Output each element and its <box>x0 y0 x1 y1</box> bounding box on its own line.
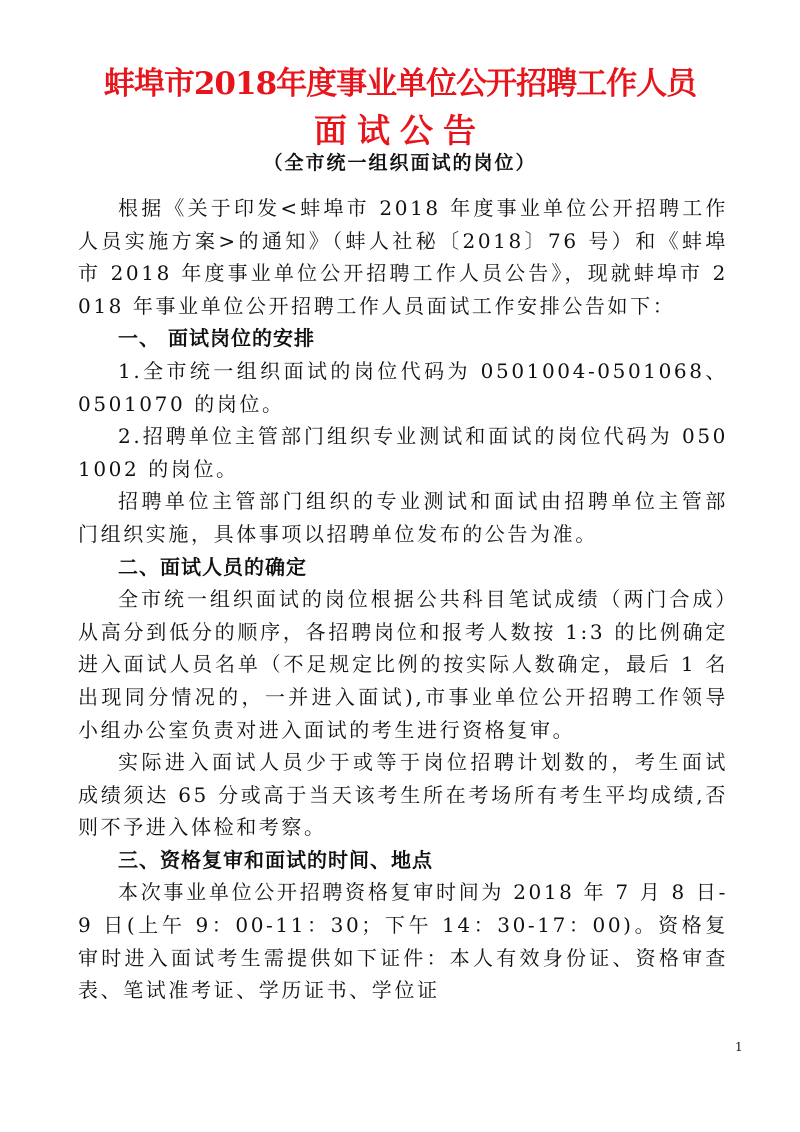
page-number: 1 <box>735 1040 743 1054</box>
document-title-line2: 面试公告 <box>0 105 800 152</box>
document-title: 蚌埠市2018年度事业单位公开招聘工作人员 <box>0 58 800 103</box>
document-subtitle: （全市统一组织面试的岗位） <box>0 148 800 175</box>
intro-paragraph: 根据《关于印发<蚌埠市 2018 年度事业单位公开招聘工作人员实施方案>的通知》… <box>78 192 728 322</box>
document-body: 根据《关于印发<蚌埠市 2018 年度事业单位公开招聘工作人员实施方案>的通知》… <box>78 192 728 1007</box>
paragraph: 1.全市统一组织面试的岗位代码为 0501004-0501068、0501070… <box>78 355 728 420</box>
paragraph: 实际进入面试人员少于或等于岗位招聘计划数的，考生面试成绩须达 65 分或高于当天… <box>78 746 728 844</box>
section-heading-1: 一、 面试岗位的安排 <box>78 322 728 355</box>
section-heading-3: 三、资格复审和面试的时间、地点 <box>78 844 728 877</box>
paragraph: 2.招聘单位主管部门组织专业测试和面试的岗位代码为 0501002 的岗位。 <box>78 420 728 485</box>
paragraph: 招聘单位主管部门组织的专业测试和面试由招聘单位主管部门组织实施，具体事项以招聘单… <box>78 485 728 550</box>
paragraph: 本次事业单位公开招聘资格复审时间为 2018 年 7 月 8 日-9 日(上午 … <box>78 876 728 1006</box>
paragraph: 全市统一组织面试的岗位根据公共科目笔试成绩（两门合成）从高分到低分的顺序，各招聘… <box>78 583 728 746</box>
section-heading-2: 二、面试人员的确定 <box>78 551 728 584</box>
